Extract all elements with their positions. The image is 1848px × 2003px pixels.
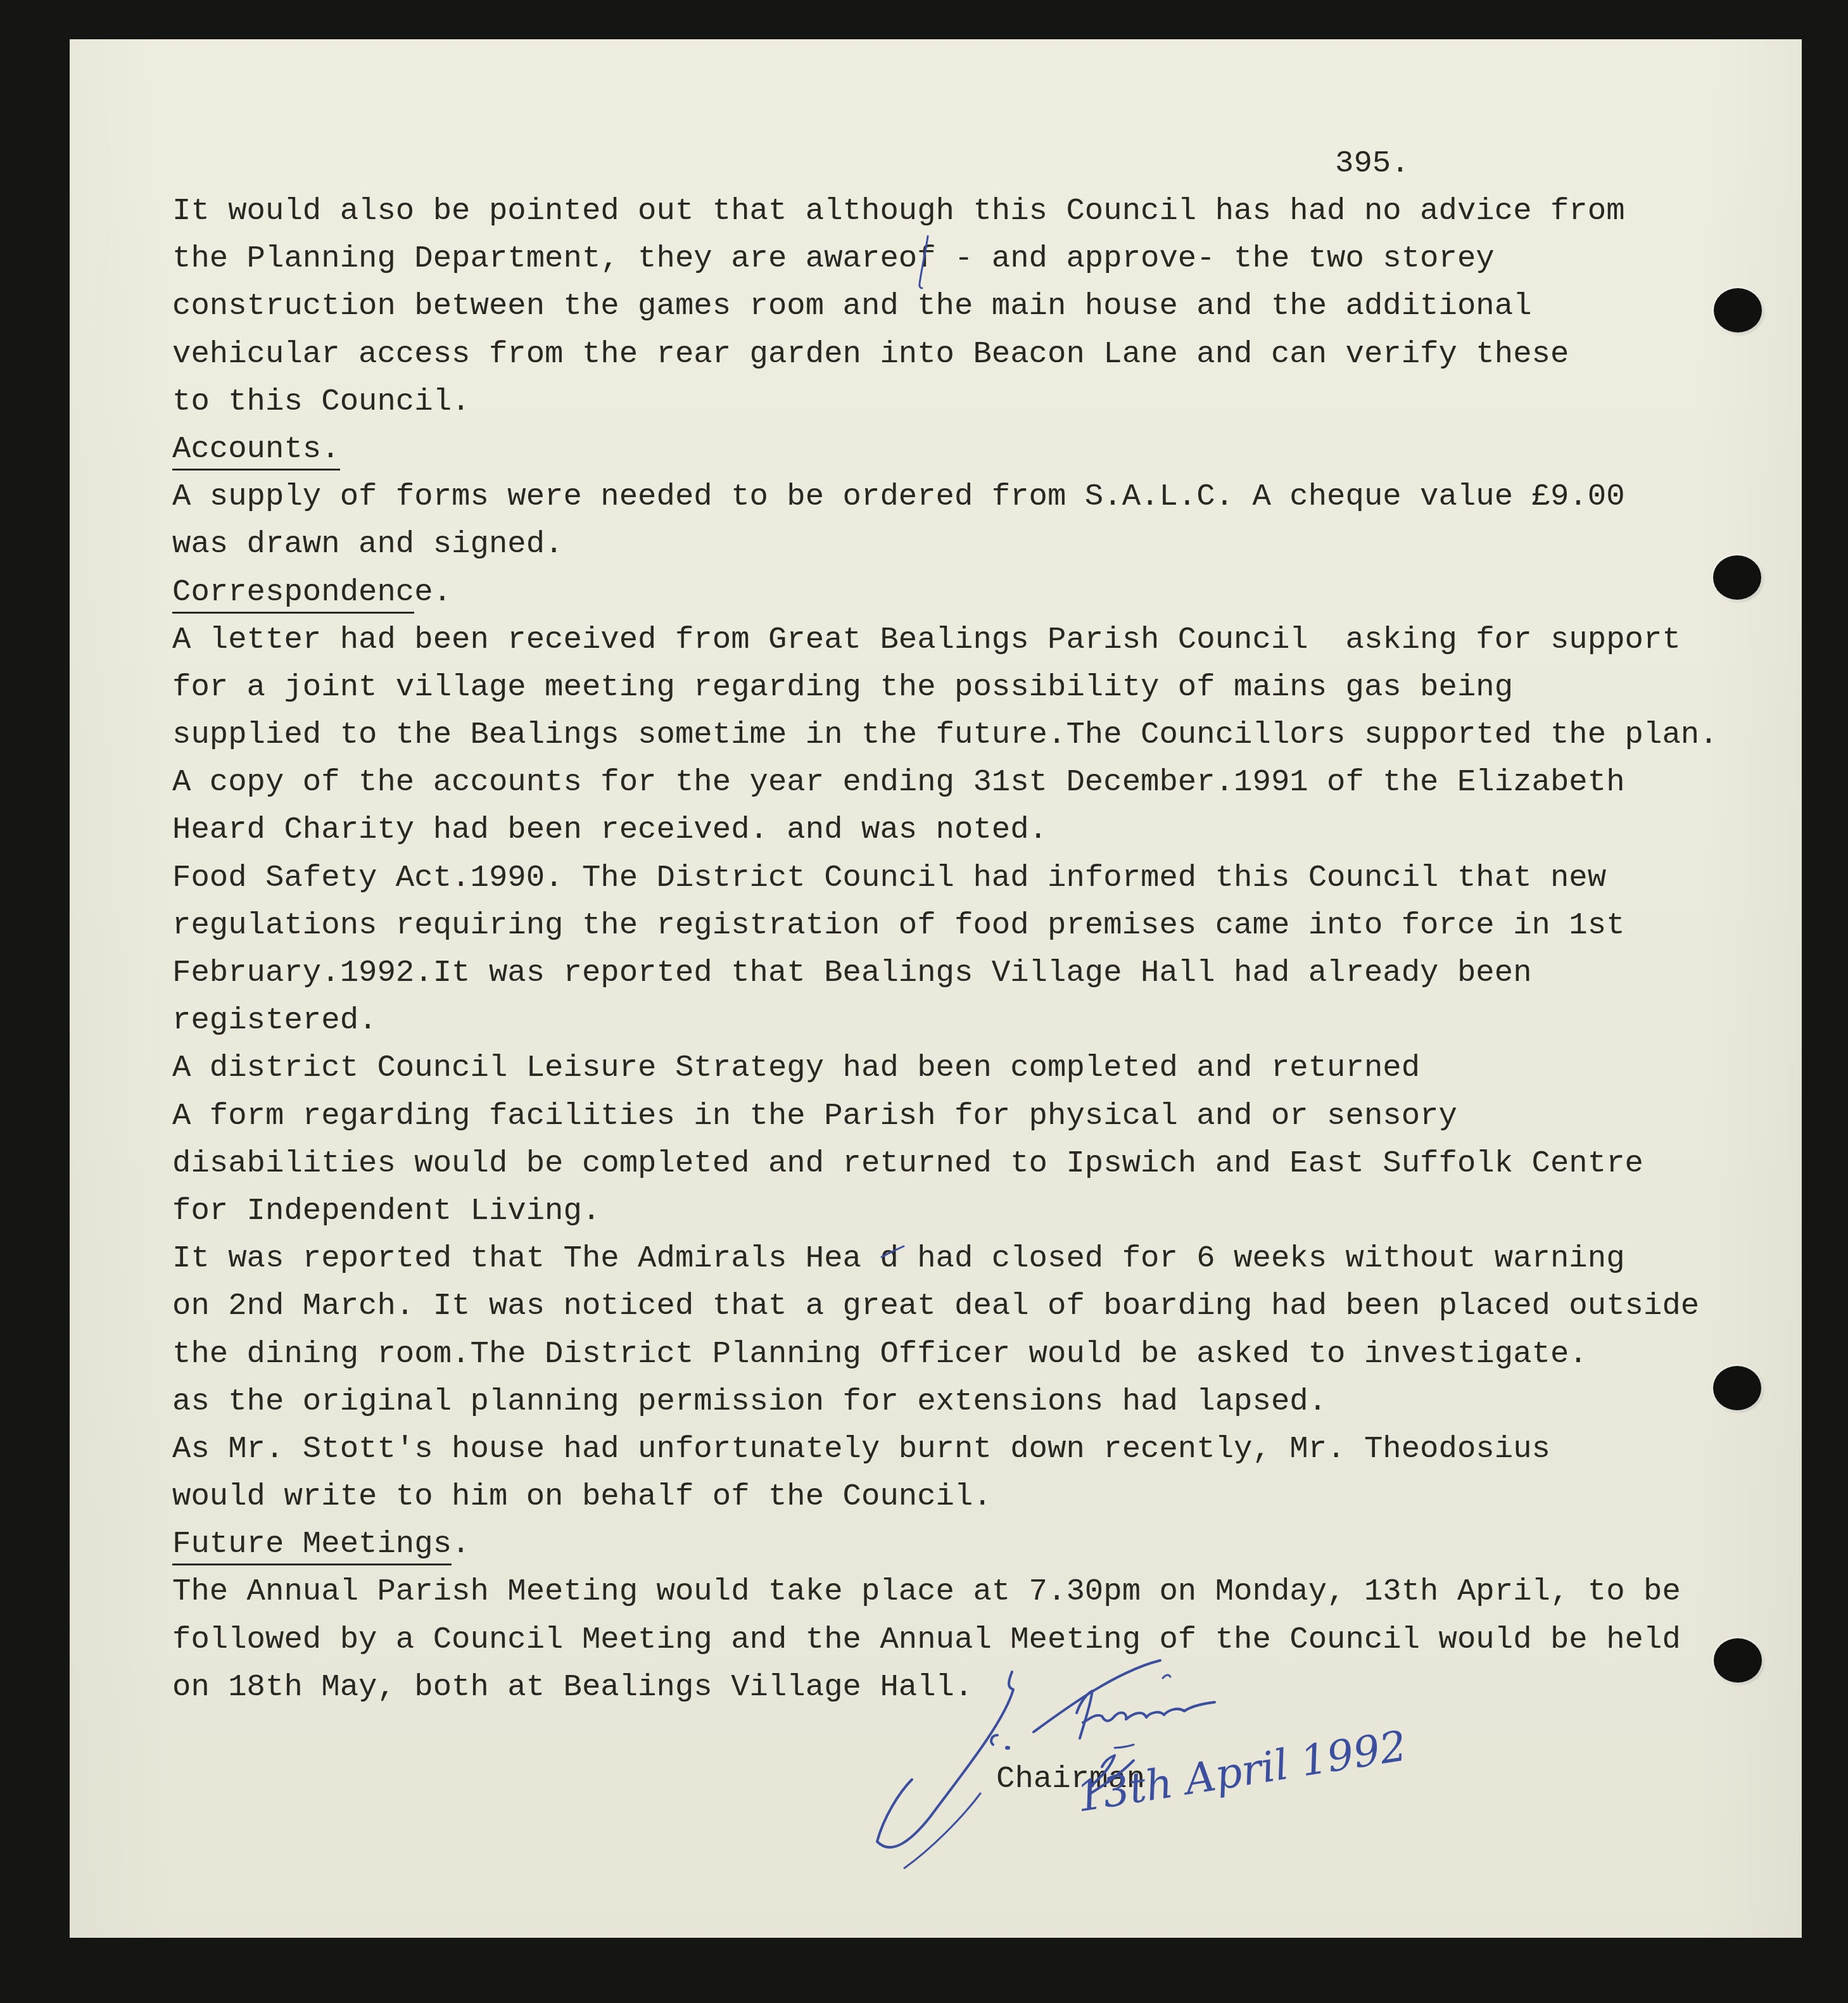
punch-hole xyxy=(1713,1366,1761,1410)
text-line: A letter had been received from Great Be… xyxy=(172,616,1718,664)
text-line: Food Safety Act.1990. The District Counc… xyxy=(172,854,1718,902)
text-line: The Annual Parish Meeting would take pla… xyxy=(172,1568,1718,1615)
section-heading: Future Meetings. xyxy=(172,1520,1718,1568)
text-line: for a joint village meeting regarding th… xyxy=(172,664,1718,711)
text-line: A form regarding facilities in the Paris… xyxy=(172,1092,1718,1140)
text-line: as the original planning permission for … xyxy=(172,1378,1718,1425)
text-line: registered. xyxy=(172,997,1718,1044)
text-line: It would also be pointed out that althou… xyxy=(172,187,1718,235)
text-line: on 2nd March. It was noticed that a grea… xyxy=(172,1282,1718,1330)
text-line: supplied to the Bealings sometime in the… xyxy=(172,711,1718,759)
text-line: vehicular access from the rear garden in… xyxy=(172,331,1718,378)
heading-underlined-text: Accounts. xyxy=(172,431,340,471)
text-line: on 18th May, both at Bealings Village Ha… xyxy=(172,1664,1718,1711)
section-heading: Correspondence. xyxy=(172,569,1718,616)
text-line: A supply of forms were needed to be orde… xyxy=(172,473,1718,521)
section-heading: Accounts. xyxy=(172,426,1718,473)
minutes-text: It would also be pointed out that althou… xyxy=(172,187,1718,1711)
text-line: followed by a Council Meeting and the An… xyxy=(172,1616,1718,1664)
text-line: As Mr. Stott's house had unfortunately b… xyxy=(172,1425,1718,1473)
text-line: the Planning Department, they are awareo… xyxy=(172,235,1718,282)
punch-hole xyxy=(1714,1638,1762,1683)
text-line: construction between the games room and … xyxy=(172,282,1718,330)
text-line: for Independent Living. xyxy=(172,1187,1718,1235)
text-line: was drawn and signed. xyxy=(172,521,1718,568)
text-line: A district Council Leisure Strategy had … xyxy=(172,1044,1718,1092)
text-line: to this Council. xyxy=(172,378,1718,426)
page-number: 395. xyxy=(1335,141,1410,186)
heading-underlined-text: Correspondenc xyxy=(172,574,414,614)
text-line: A copy of the accounts for the year endi… xyxy=(172,759,1718,806)
text-line: disabilities would be completed and retu… xyxy=(172,1140,1718,1187)
heading-underlined-text: Future Meetings xyxy=(172,1526,452,1565)
text-line: It was reported that The Admirals Hea d … xyxy=(172,1235,1718,1282)
text-line: Heard Charity had been received. and was… xyxy=(172,806,1718,854)
text-line: regulations requiring the registration o… xyxy=(172,902,1718,949)
text-line: February.1992.It was reported that Beali… xyxy=(172,949,1718,997)
punch-hole xyxy=(1714,288,1762,332)
text-line: would write to him on behalf of the Coun… xyxy=(172,1473,1718,1520)
punch-hole xyxy=(1713,555,1761,600)
text-line: the dining room.The District Planning Of… xyxy=(172,1330,1718,1378)
